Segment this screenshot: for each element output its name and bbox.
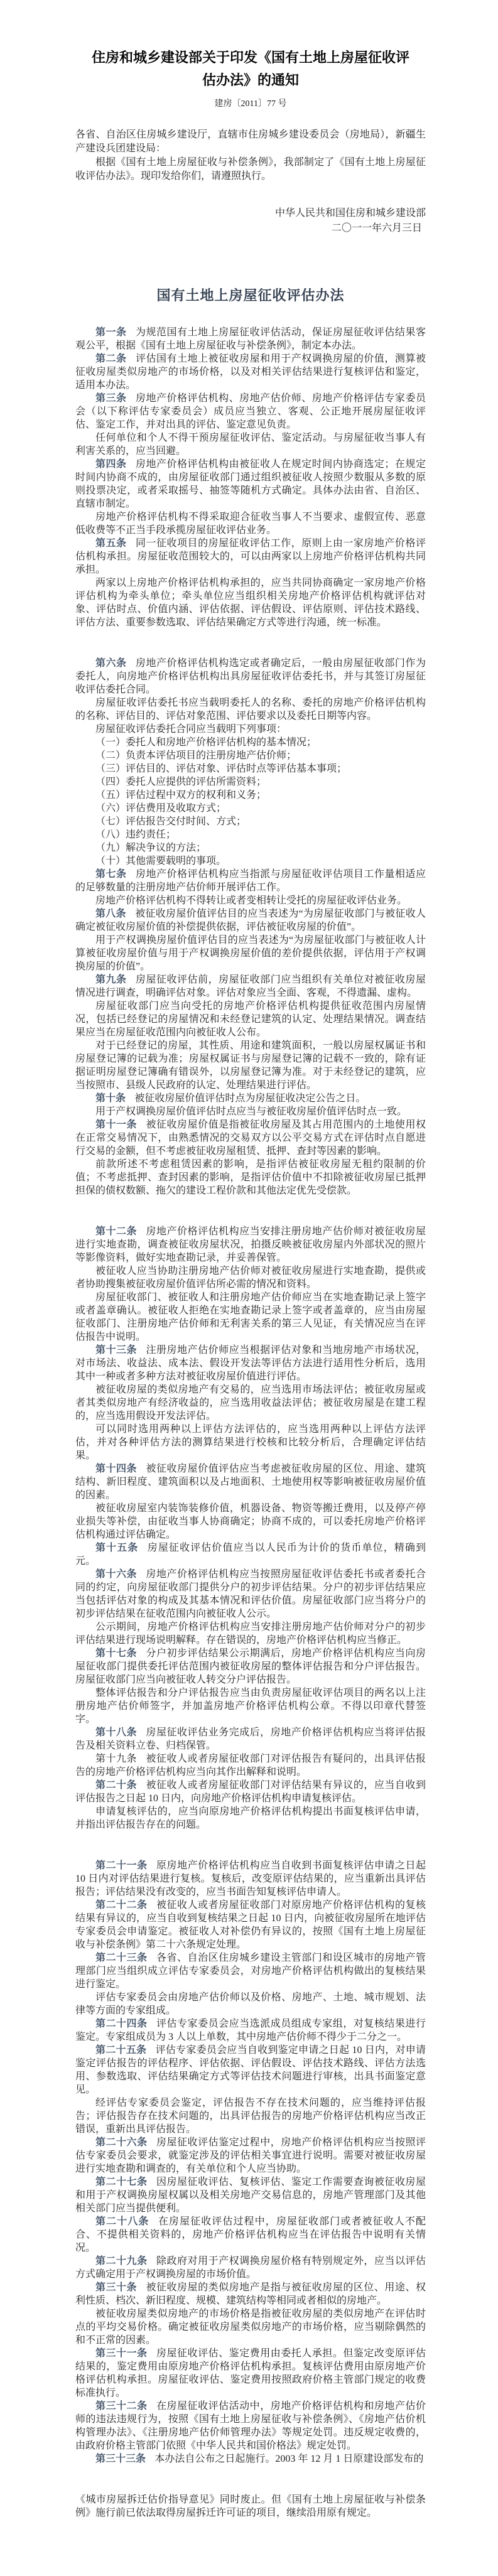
regulation-paragraph: 两家以上房地产价格评估机构承担的，应当共同协商确定一家房地产价格评估机构为牵头单…: [75, 576, 426, 629]
regulation-paragraph: 第二十五条评估专家委员会应当自收到鉴定申请之日起 10 日内，对申请鉴定评估报告…: [75, 2044, 426, 2096]
regulation-paragraph: 前款所述不考虑租赁因素的影响，是指评估被征收房屋无租约限制的价值；不考虑抵押、查…: [75, 1158, 426, 1197]
regulation-paragraph: 被征收房屋类似房地产的市场价格是指被征收房屋的类似房地产在评估时点的平均交易价格…: [75, 2307, 426, 2347]
regulation-paragraph: 第一条为规范国有土地上房屋征收评估活动，保证房屋征收评估结果客观公平，根据《国有…: [75, 326, 426, 352]
doc-number: 建房〔2011〕77 号: [75, 97, 426, 109]
regulation-paragraph: 第十一条被征收房屋价值是指被征收房屋及其占用范围内的土地使用权在正常交易情况下，…: [75, 1118, 426, 1158]
regulation-paragraph: 整体评估报告和分户评估报告应当由负责房屋征收评估项目的两名以上注册房地产估价师签…: [75, 1686, 426, 1726]
notice-body: 根据《国有土地上房屋征收与补偿条例》，我部制定了《国有土地上房屋征收评估办法》。…: [75, 156, 426, 183]
regulation-paragraph: 第五条同一征收项目的房屋征收评估工作，原则上由一家房地产价格评估机构承担。房屋征…: [75, 537, 426, 576]
notice-intro: 各省、自治区住房城乡建设厅，直辖市住房城乡建设委员会（房地局），新疆生产建设兵团…: [75, 128, 426, 183]
regulation-paragraph: 第十三条注册房地产估价师应当根据评估对象和当地房地产市场状况，对市场法、收益法、…: [75, 1344, 426, 1383]
regulation-paragraph: 第十二条房地产价格评估机构应当安排注册房地产估价师对被征收房屋进行实地查勘，调查…: [75, 1225, 426, 1264]
regulation-body: 第一条为规范国有土地上房屋征收评估活动，保证房屋征收评估结果客观公平，根据《国有…: [75, 326, 426, 2519]
article-number: 第十三条: [95, 1345, 137, 1355]
article-number: 第二十条: [95, 1780, 137, 1791]
regulation-paragraph: 第十七条分户初步评估结果公示期满后，房地产价格评估机构应当向房屋征收部门提供委托…: [75, 1647, 426, 1686]
article-number: 第三十三条: [95, 2454, 146, 2464]
article-number: 第二十六条: [95, 2137, 148, 2148]
regulation-paragraph: （十）其他需要载明的事项。: [75, 854, 426, 868]
article-number: 第七条: [95, 869, 127, 880]
document-page: 住房和城乡建设部关于印发《国有土地上房屋征收评估办法》的通知 建房〔2011〕7…: [0, 0, 498, 2576]
regulation-paragraph: 公示期间，房地产价格评估机构应当安排注册房地产估价师对分户的初步评估结果进行现场…: [75, 1620, 426, 1647]
regulation-paragraph: 第三十三条本办法自公布之日起施行。2003 年 12 月 1 日原建设部发布的: [75, 2452, 426, 2466]
regulation-paragraph: 第三十二条在房屋征收评估活动中，房地产价格评估机构和房地产估价师的违法违规行为，…: [75, 2400, 426, 2452]
regulation-paragraph: 第十八条房屋征收评估业务完成后，房地产价格评估机构应当将评估报告及相关资料立卷、…: [75, 1726, 426, 1752]
regulation-paragraph: （六）评估费用及收取方式；: [75, 802, 426, 815]
regulation-paragraph: 第二十八条在房屋征收评估过程中，房屋征收部门或者被征收人不配合、不提供相关资料的…: [75, 2215, 426, 2255]
regulation-paragraph: 可以同时选用两种以上评估方法评估的，应当选用两种以上评估方法评估，并对各种评估方…: [75, 1423, 426, 1462]
signature-block: 中华人民共和国住房和城乡建设部 二〇一一年六月三日: [75, 206, 426, 236]
article-number: 第三条: [95, 393, 127, 404]
article-number: 第十四条: [95, 1463, 137, 1474]
article-number: 第二十九条: [95, 2256, 148, 2266]
regulation-paragraph: 用于产权调换房屋价值评估目的应当表述为“为房屋征收部门与被征收人计算被征收房屋价…: [75, 934, 426, 973]
regulation-paragraph: 对于已经登记的房屋，其性质、用途和建筑面积，一般以房屋权属证书和房屋登记簿的记载…: [75, 1039, 426, 1092]
regulation-paragraph: 第三十条被征收房屋的类似房地产是指与被征收房屋的区位、用途、权利性质、档次、新旧…: [75, 2281, 426, 2307]
regulation-paragraph: （五）评估过程中双方的权利和义务；: [75, 789, 426, 802]
article-number: 第十七条: [95, 1648, 137, 1659]
regulation-paragraph: 第九条房屋征收评估前，房屋征收部门应当组织有关单位对被征收房屋情况进行调查，明确…: [75, 973, 426, 1000]
article-number: 第二十四条: [95, 2018, 148, 2029]
article-number: 第四条: [95, 459, 127, 470]
regulation-paragraph: （九）解决争议的方法；: [75, 841, 426, 854]
article-number: 第十五条: [95, 1543, 138, 1553]
regulation-paragraph: 第二十一条原房地产价格评估机构应当自收到书面复核评估申请之日起 10 日内对评估…: [75, 1859, 426, 1899]
regulation-paragraph: 第二十条被征收人或者房屋征收部门对评估结果有异议的，应当自收到评估报告之日起 1…: [75, 1779, 426, 1805]
notice-salutation: 各省、自治区住房城乡建设厅，直辖市住房城乡建设委员会（房地局），新疆生产建设兵团…: [75, 128, 426, 156]
article-number: 第十八条: [95, 1727, 137, 1738]
article-number: 第十九条: [95, 1754, 137, 1764]
regulation-paragraph: （四）委托人应提供的评估所需资料；: [75, 775, 426, 789]
article-number: 第三十二条: [95, 2401, 148, 2412]
regulation-paragraph: 第六条房地产价格评估机构选定或者确定后，一般由房屋征收部门作为委托人，向房地产价…: [75, 657, 426, 696]
article-number: 第二十五条: [95, 2045, 146, 2056]
article-number: 第十一条: [95, 1119, 137, 1130]
article-number: 第六条: [95, 658, 127, 669]
regulation-paragraph: 第二十三条各省、自治区住房城乡建设主管部门和设区城市的房地产管理部门应当组织成立…: [75, 1951, 426, 1991]
regulation-paragraph: 第十条被征收房屋价值评估时点为房屋征收决定公告之日。: [75, 1092, 426, 1105]
regulation-paragraph: 申请复核评估的，应当向原房地产价格评估机构提出书面复核评估申请，并指出评估报告存…: [75, 1805, 426, 1831]
article-number: 第二十八条: [95, 2216, 149, 2227]
regulation-paragraph: （一）委托人和房地产价格评估机构的基本情况；: [75, 736, 426, 749]
article-number: 第二十一条: [95, 1860, 148, 1871]
regulation-paragraph: 第二十四条评估专家委员会应当选派成员组成专家组，对复核结果进行鉴定。专家组成员为…: [75, 2017, 426, 2044]
regulation-paragraph: 房屋征收评估委托合同应当载明下列事项：: [75, 723, 426, 736]
regulation-paragraph: （二）负责本评估项目的注册房地产估价师；: [75, 749, 426, 762]
article-number: 第二十三条: [95, 1953, 148, 1963]
regulation-paragraph: 《城市房屋拆迁估价指导意见》同时废止。但《国有土地上房屋征收与补偿条例》施行前已…: [75, 2493, 426, 2519]
article-number: 第九条: [95, 974, 127, 985]
regulation-paragraph: 被征收房屋的类似房地产有交易的，应当选用市场法评估；被征收房屋或者其类似房地产有…: [75, 1383, 426, 1423]
regulation-paragraph: （七）评估报告交付时间、方式；: [75, 815, 426, 828]
regulation-paragraph: 房地产价格评估机构不得转让或者变相转让受托的房屋征收评估业务。: [75, 894, 426, 907]
regulation-paragraph: 第二十六条房屋征收评估鉴定过程中，房地产价格评估机构应当按照评估专家委员会要求，…: [75, 2136, 426, 2175]
regulation-paragraph: 第三条房地产价格评估机构、房地产估价师、房地产价格评估专家委员会（以下称评估专家…: [75, 392, 426, 431]
article-number: 第三十一条: [95, 2348, 148, 2359]
regulation-paragraph: 第七条房地产价格评估机构应当指派与房屋征收评估项目工作量相适应的足够数量的注册房…: [75, 868, 426, 894]
article-number: 第五条: [95, 538, 127, 549]
regulation-paragraph: 第十九条被征收人或者房屋征收部门对评估报告有疑问的，出具评估报告的房地产价格评估…: [75, 1752, 426, 1779]
regulation-paragraph: 第二十七条因房屋征收评估、复核评估、鉴定工作需要查询被征收房屋和用于产权调换房屋…: [75, 2175, 426, 2215]
regulation-paragraph: 被征收人应当协助注册房地产估价师对被征收房屋进行实地查勘，提供或者协助搜集被征收…: [75, 1264, 426, 1291]
regulation-paragraph: （三）评估目的、评估对象、评估时点等评估基本事项；: [75, 762, 426, 775]
regulation-paragraph: 第三十一条房屋征收评估、鉴定费用由委托人承担。但鉴定改变原评估结果的，鉴定费用由…: [75, 2347, 426, 2400]
regulation-paragraph: 房屋征收部门应当向受托的房地产价格评估机构提供征收范围内房屋情况，包括已经登记的…: [75, 1000, 426, 1039]
regulation-paragraph: 第四条房地产价格评估机构由被征收人在规定时间内协商选定；在规定时间内协商不成的，…: [75, 458, 426, 510]
regulation-paragraph: 房地产价格评估机构不得采取迎合征收当事人不当要求、虚假宣传、恶意低收费等不正当手…: [75, 510, 426, 537]
regulation-paragraph: （八）违约责任；: [75, 828, 426, 841]
article-number: 第三十条: [95, 2282, 137, 2293]
regulation-paragraph: 被征收房屋室内装饰装修价值，机器设备、物资等搬迁费用，以及停产停业损失等补偿，由…: [75, 1502, 426, 1541]
signature-agency: 中华人民共和国住房和城乡建设部: [75, 206, 426, 221]
regulation-paragraph: 房屋征收评估委托书应当载明委托人的名称、委托的房地产价格评估机构的名称、评估目的…: [75, 696, 426, 723]
regulation-paragraph: 第八条被征收房屋价值评估目的应当表述为“为房屋征收部门与被征收人确定被征收房屋价…: [75, 907, 426, 934]
regulation-paragraph: 第十四条被征收房屋价值评估应当考虑被征收房屋的区位、用途、建筑结构、新旧程度、建…: [75, 1462, 426, 1502]
article-number: 第八条: [95, 908, 126, 919]
regulation-paragraph: 房屋征收部门、被征收人和注册房地产估价师应当在实地查勘记录上签字或者盖章确认。被…: [75, 1291, 426, 1344]
article-number: 第一条: [95, 327, 127, 338]
regulation-paragraph: 第十六条房地产价格评估机构应当按照房屋征收评估委托书或者委托合同的约定，向房屋征…: [75, 1568, 426, 1620]
regulation-paragraph: 第二条评估国有土地上被征收房屋和用于产权调换房屋的价值，测算被征收房屋类似房地产…: [75, 352, 426, 392]
regulation-paragraph: 第二十九条除政府对用于产权调换房屋价格有特别规定外，应当以评估方式确定用于产权调…: [75, 2255, 426, 2281]
regulation-paragraph: 用于产权调换房屋价值评估时点应当与被征收房屋价值评估时点一致。: [75, 1105, 426, 1118]
regulation-paragraph: 第二十二条被征收人或者房屋征收部门对原房地产价格评估机构的复核结果有异议的，应当…: [75, 1899, 426, 1951]
article-number: 第十六条: [95, 1569, 137, 1580]
regulation-heading: 国有土地上房屋征收评估办法: [75, 285, 426, 304]
article-number: 第二十二条: [95, 1900, 148, 1910]
regulation-paragraph: 经评估专家委员会鉴定，评估报告不存在技术问题的，应当维持评估报告；评估报告存在技…: [75, 2096, 426, 2136]
article-number: 第十二条: [95, 1226, 137, 1237]
notice-title: 住房和城乡建设部关于印发《国有土地上房屋征收评估办法》的通知: [90, 46, 411, 92]
regulation-paragraph: 任何单位和个人不得干预房屋征收评估、鉴定活动。与房屋征收当事人有利害关系的，应当…: [75, 431, 426, 458]
article-number: 第十条: [95, 1093, 126, 1104]
regulation-paragraph: 评估专家委员会由房地产估价师以及价格、房地产、土地、城市规划、法律等方面的专家组…: [75, 1991, 426, 2017]
article-number: 第二条: [95, 353, 127, 364]
regulation-paragraph: 第十五条房屋征收评估价值应当以人民币为计价的货币单位，精确到元。: [75, 1541, 426, 1568]
signature-date: 二〇一一年六月三日: [75, 221, 426, 236]
article-number: 第二十七条: [95, 2177, 148, 2187]
